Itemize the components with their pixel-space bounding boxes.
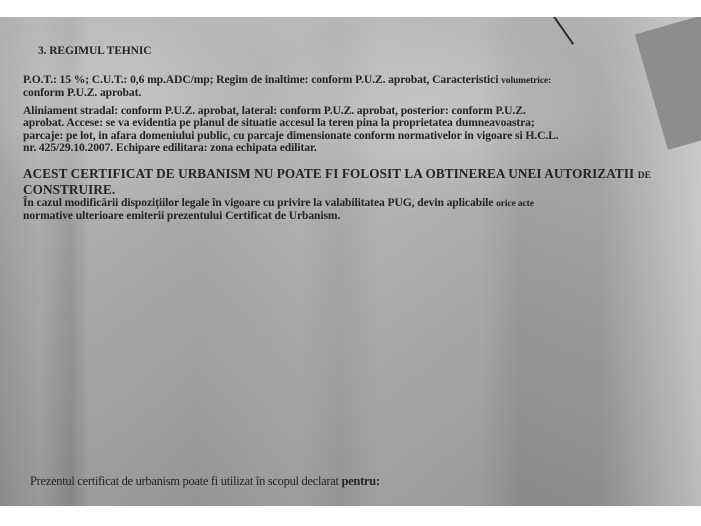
- paragraph-line: ACEST CERTIFICAT DE URBANISM NU POATE FI…: [23, 167, 701, 183]
- legal-changes-paragraph: În cazul modificării dispozițiilor legal…: [23, 197, 701, 223]
- paragraph-line: CONSTRUIRE.: [23, 183, 701, 196]
- document-photo: 5. CE ocumen a) ce b) extr 3. REGIMUL TE…: [0, 17, 701, 506]
- warning-paragraph: ACEST CERTIFICAT DE URBANISM NU POATE FI…: [23, 167, 701, 196]
- footer-statement: Prezentul certificat de urbanism poate f…: [30, 474, 380, 489]
- paper-crease: [553, 17, 574, 45]
- paragraph-line: În cazul modificării dispozițiilor legal…: [23, 197, 701, 210]
- paragraph-line: aprobat. Accese: se va evidentia pe plan…: [23, 117, 701, 129]
- technical-indices-paragraph: P.O.T.: 15 %; C.U.T.: 0,6 mp.ADC/mp; Reg…: [23, 74, 701, 100]
- paragraph-line: normative ulterioare emiterii prezentulu…: [23, 210, 701, 222]
- paragraph-line: P.O.T.: 15 %; C.U.T.: 0,6 mp.ADC/mp; Reg…: [23, 74, 701, 87]
- section-heading: 3. REGIMUL TEHNIC: [38, 45, 151, 57]
- paragraph-line: nr. 425/29.10.2007. Echipare edilitara: …: [23, 142, 701, 154]
- paragraph-line: conform P.U.Z. aprobat.: [23, 87, 701, 99]
- alignment-access-paragraph: Aliniament stradal: conform P.U.Z. aprob…: [23, 105, 701, 154]
